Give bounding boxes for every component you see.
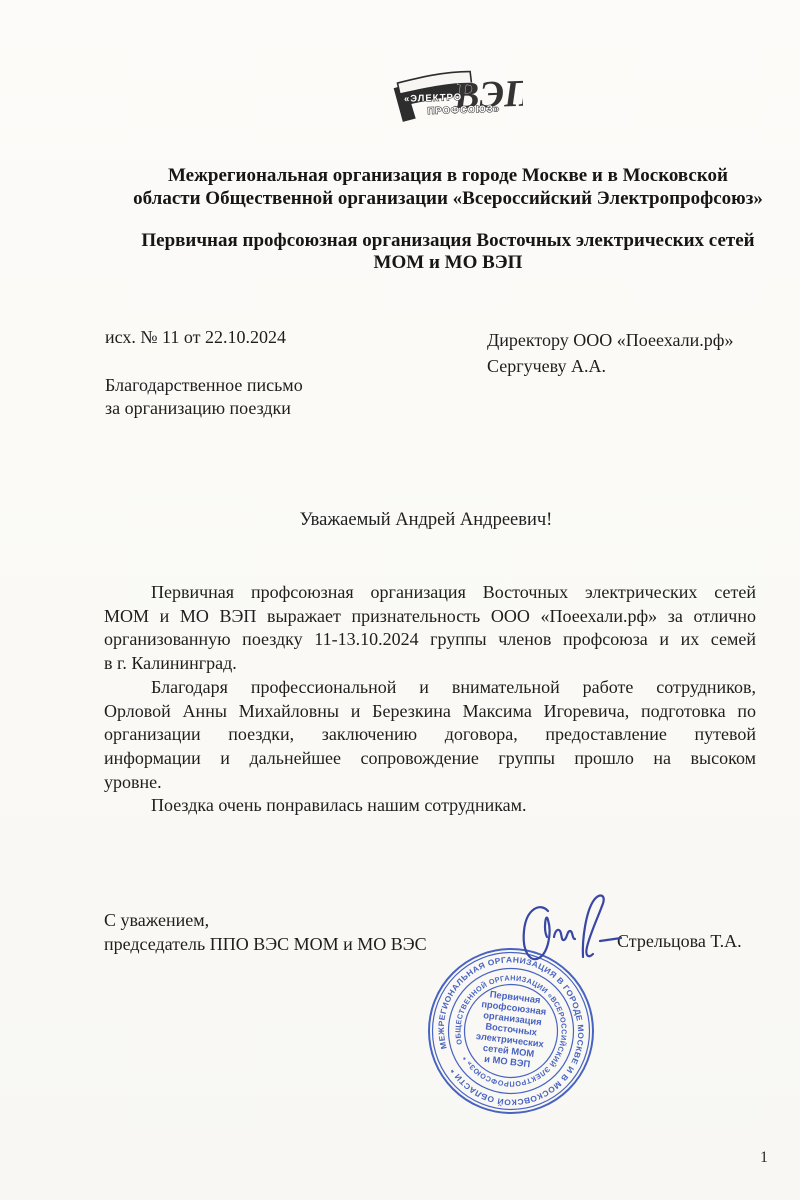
subject-block: Благодарственное письмо за организацию п…: [105, 374, 303, 420]
body-line: Поездка очень понравилась нашим сотрудни…: [104, 794, 756, 818]
signature-stroke: [554, 930, 575, 940]
addressee-title: Директору ООО «Поеехали.рф»: [487, 327, 733, 353]
body-line: МОМ и МО ВЭП выражает признательность ОО…: [104, 605, 756, 629]
closing-position: председатель ППО ВЭС МОМ и МО ВЭС: [104, 932, 427, 956]
logo-electro-label: «ЭЛЕКТРО: [404, 92, 462, 105]
paragraph: Первичная профсоюзная организация Восточ…: [104, 581, 756, 676]
ppo-header: Первичная профсоюзная организация Восточ…: [96, 230, 800, 274]
letter-body: Первичная профсоюзная организация Восточ…: [104, 581, 756, 818]
letter-page: ВЭП «ЭЛЕКТРО ПРОФСОЮЗ» Межрегиональная о…: [0, 0, 800, 1200]
org-header: Межрегиональная организация в городе Мос…: [96, 164, 800, 210]
body-line: организации поездки, заключению договора…: [104, 723, 756, 747]
subject-line1: Благодарственное письмо: [105, 374, 303, 397]
page-number: 1: [760, 1149, 768, 1167]
stamp-center-text: Первичная профсоюзная организация Восточ…: [473, 987, 551, 1071]
signer-name: Стрельцова Т.А.: [617, 931, 742, 952]
handwritten-signature: [495, 889, 630, 974]
body-line: организованную поездку 11-13.10.2024 гру…: [104, 628, 756, 652]
addressee-block: Директору ООО «Поеехали.рф» Сергучеву А.…: [487, 327, 733, 379]
ppo-header-line1: Первичная профсоюзная организация Восточ…: [96, 230, 800, 252]
body-line: Благодаря профессиональной и внимательно…: [104, 676, 756, 700]
salutation: Уважаемый Андрей Андреевич!: [96, 510, 756, 531]
body-line: информации и дальнейшее сопровождение гр…: [104, 747, 756, 771]
signature-stroke: [524, 907, 550, 959]
signature-stroke: [583, 895, 604, 957]
addressee-name: Сергучеву А.А.: [487, 353, 733, 379]
body-line: уровне.: [104, 771, 756, 795]
body-line: Первичная профсоюзная организация Восточ…: [104, 581, 756, 605]
paragraph: Поездка очень понравилась нашим сотрудни…: [104, 794, 756, 818]
org-header-line1: Межрегиональная организация в городе Мос…: [96, 164, 800, 187]
paragraph: Благодаря профессиональной и внимательно…: [104, 676, 756, 795]
body-line: Орловой Анны Михайловны и Березкина Макс…: [104, 700, 756, 724]
ppo-header-line2: МОМ и МО ВЭП: [96, 252, 800, 274]
electroprofsoyuz-logo: ВЭП «ЭЛЕКТРО ПРОФСОЮЗ»: [391, 68, 523, 126]
org-header-line2: области Общественной организации «Всерос…: [96, 187, 800, 210]
closing-block: С уважением, председатель ППО ВЭС МОМ и …: [104, 908, 427, 956]
closing-regards: С уважением,: [104, 908, 427, 932]
body-line: в г. Калининград.: [104, 652, 756, 676]
outgoing-ref: исх. № 11 от 22.10.2024: [105, 327, 286, 348]
subject-line2: за организацию поездки: [105, 397, 303, 420]
signature-stroke: [600, 938, 621, 941]
